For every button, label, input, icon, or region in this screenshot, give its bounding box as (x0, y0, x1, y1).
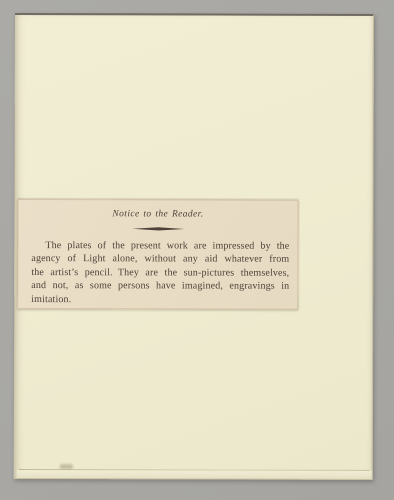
notice-slip: Notice to the Reader. The plates of the … (17, 199, 298, 310)
notice-line: The plates of the present work are impre… (31, 239, 289, 253)
notice-line: agency of Light alone, without any aid w… (31, 252, 289, 266)
swelled-rule-icon (132, 226, 184, 231)
notice-body: The plates of the present work are impre… (31, 239, 289, 307)
book-page: Notice to the Reader. The plates of the … (14, 13, 374, 480)
notice-line: the artist’s pencil. They are the sun-pi… (31, 266, 289, 280)
under-sheet-edge (17, 470, 372, 479)
notice-line: and not, as some persons have imagined, … (31, 279, 289, 293)
notice-heading: Notice to the Reader. (18, 208, 297, 221)
scanned-book-photograph: Notice to the Reader. The plates of the … (0, 0, 394, 500)
notice-line: imitation. (31, 293, 289, 307)
